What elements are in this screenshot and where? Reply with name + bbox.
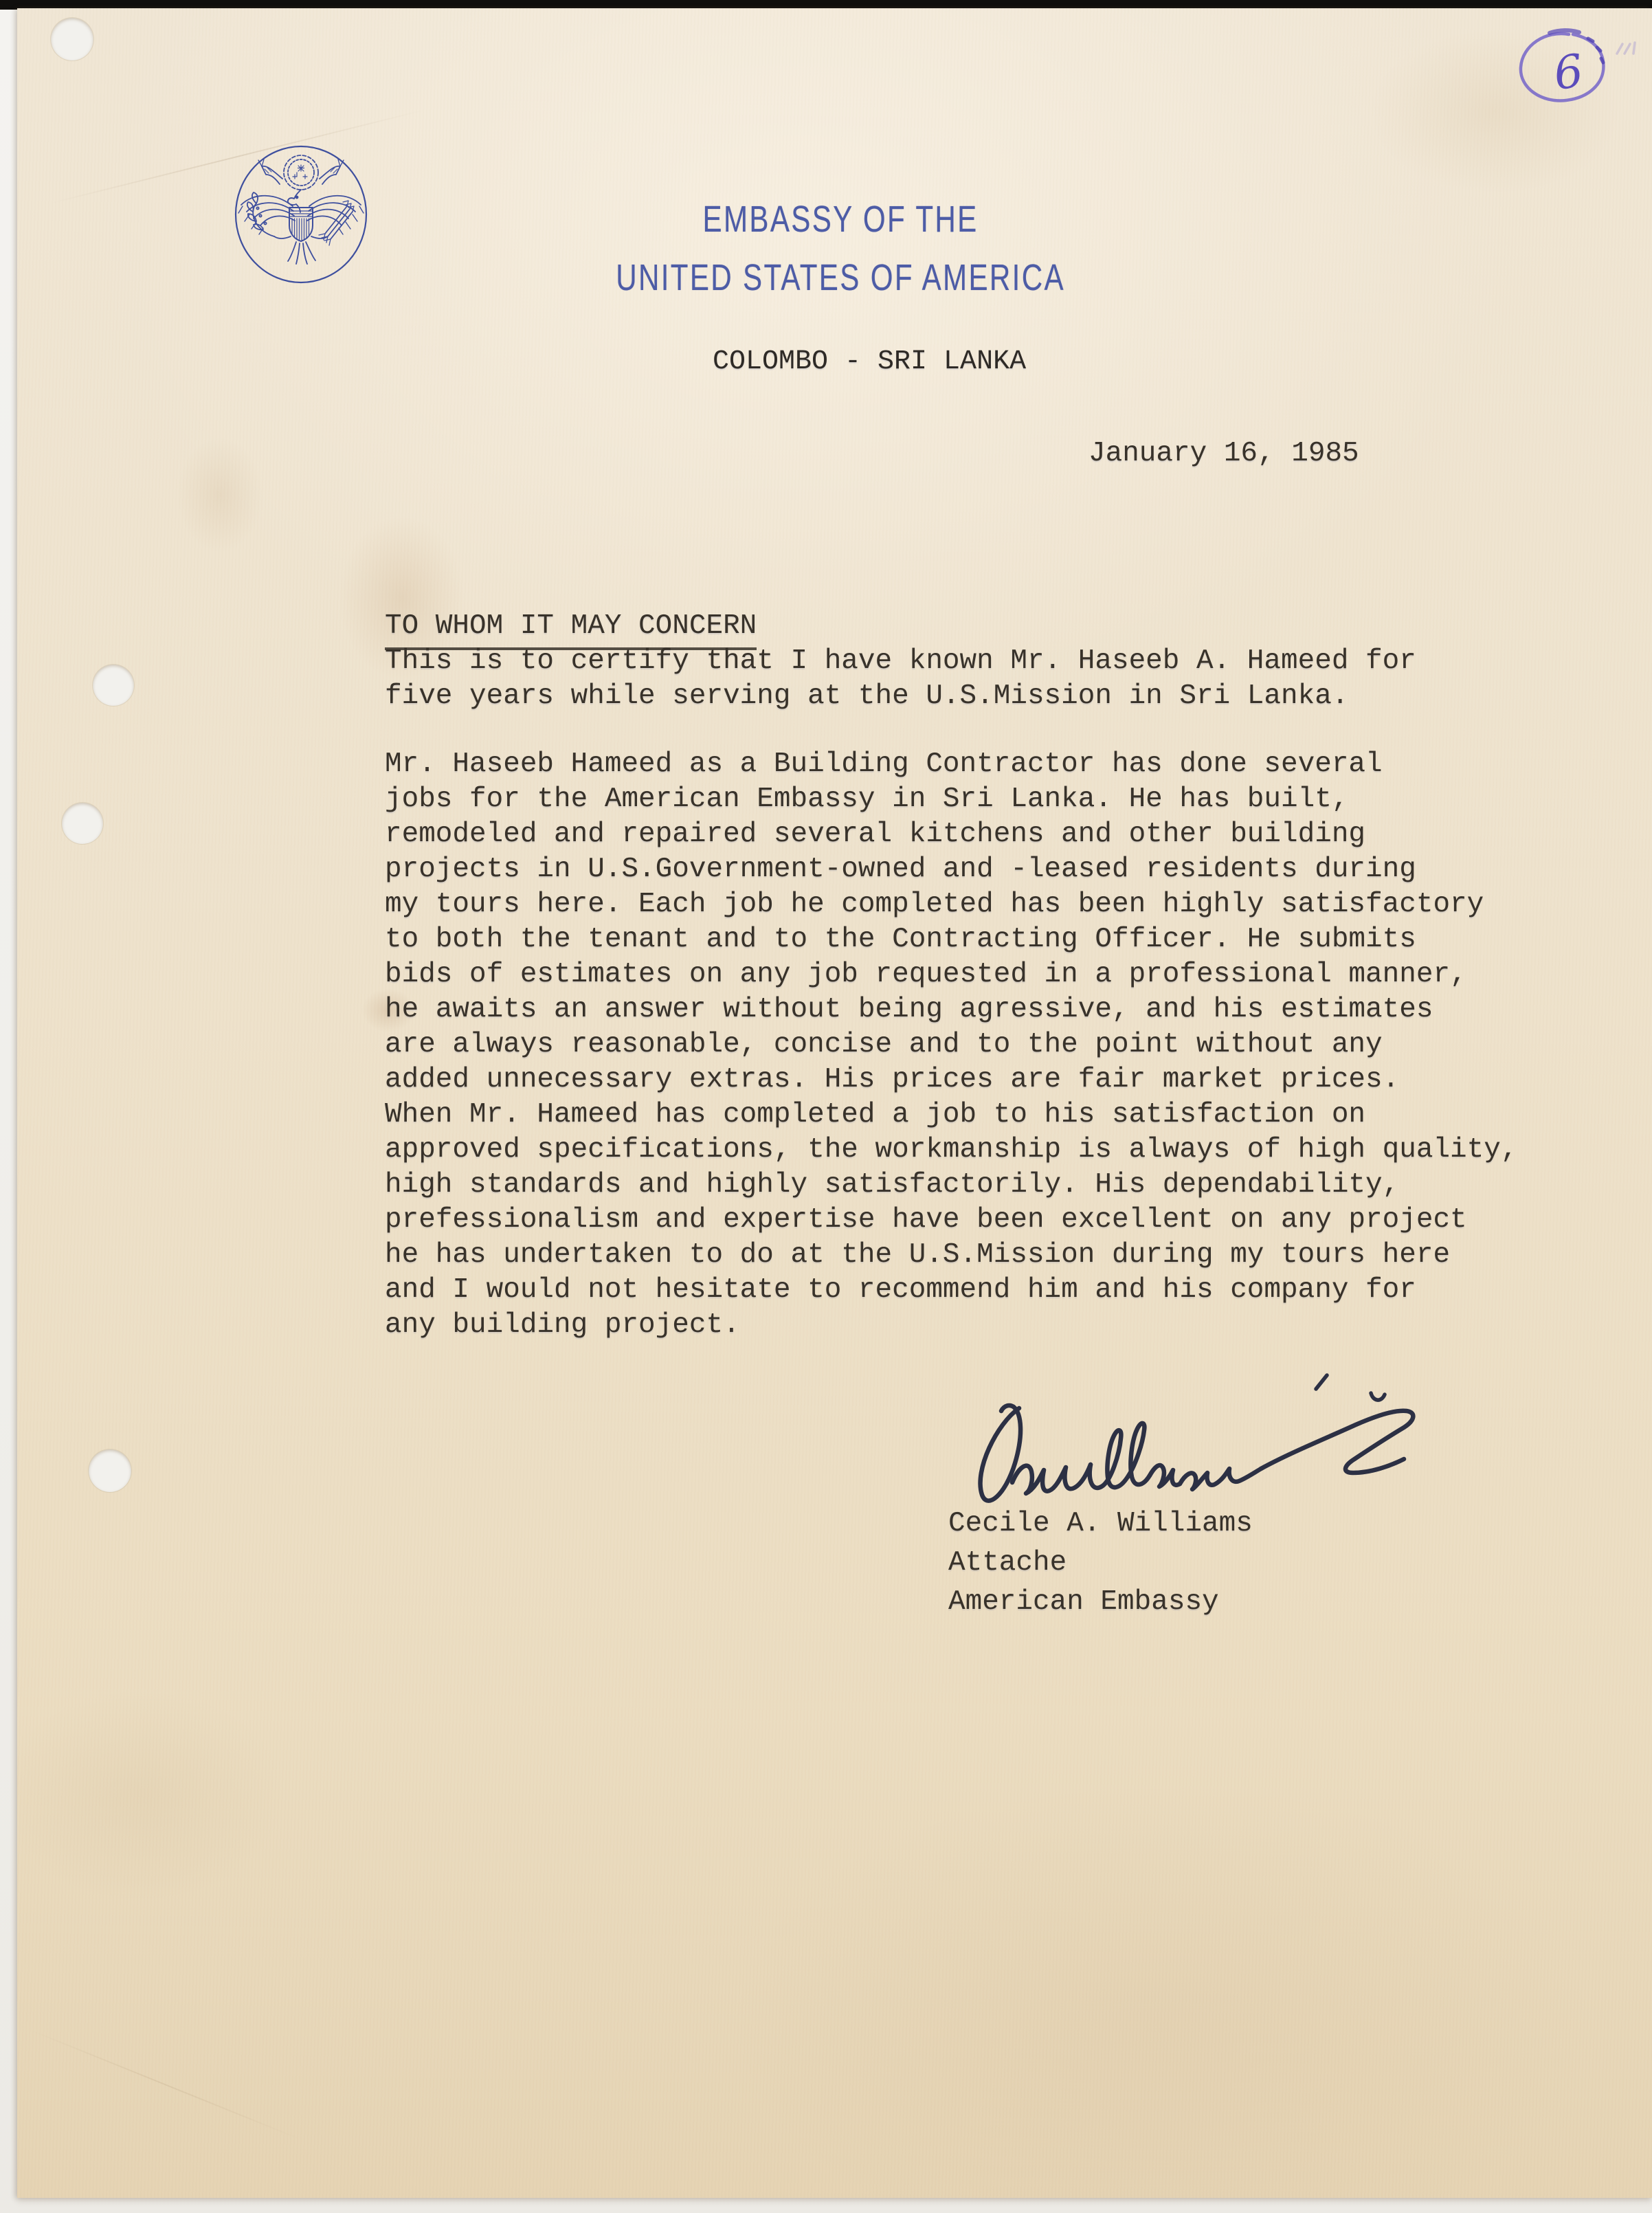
signer-name: Cecile A. Williams xyxy=(948,1508,1253,1539)
letterhead-line-1-text: EMBASSY OF THE xyxy=(702,198,978,241)
signature-block: Cecile A. Williams Attache American Emba… xyxy=(948,1504,1253,1622)
scanned-letter: 6 xyxy=(0,0,1652,2213)
signer-organization: American Embassy xyxy=(948,1586,1219,1618)
letterhead-line-2-text: UNITED STATES OF AMERICA xyxy=(616,256,1065,299)
signer-title: Attache xyxy=(948,1547,1067,1579)
letter-salutation: TO WHOM IT MAY CONCERN xyxy=(385,574,757,650)
punch-hole xyxy=(89,1449,131,1492)
punch-hole xyxy=(51,18,93,60)
letter-paper: 6 xyxy=(17,8,1652,2198)
page-number-digit: 6 xyxy=(1550,44,1586,100)
letter-date: January 16, 1985 xyxy=(1089,436,1359,471)
letterhead-line-2: UNITED STATES OF AMERICA xyxy=(531,256,1150,299)
punch-hole xyxy=(93,665,134,706)
seal-line-art xyxy=(236,146,366,282)
handwritten-page-number: 6 xyxy=(1502,22,1652,118)
great-seal-icon xyxy=(222,133,380,296)
signature-strokes xyxy=(981,1375,1414,1501)
letterhead-location: COLOMBO - SRI LANKA xyxy=(713,344,1026,379)
paper-crease xyxy=(27,2029,302,2141)
body-paragraph-1: This is to certify that I have known Mr.… xyxy=(385,644,1594,714)
punch-hole xyxy=(62,803,103,844)
body-paragraph-2: Mr. Haseeb Hameed as a Building Contract… xyxy=(385,747,1594,1343)
letterhead-line-1: EMBASSY OF THE xyxy=(531,198,1150,241)
